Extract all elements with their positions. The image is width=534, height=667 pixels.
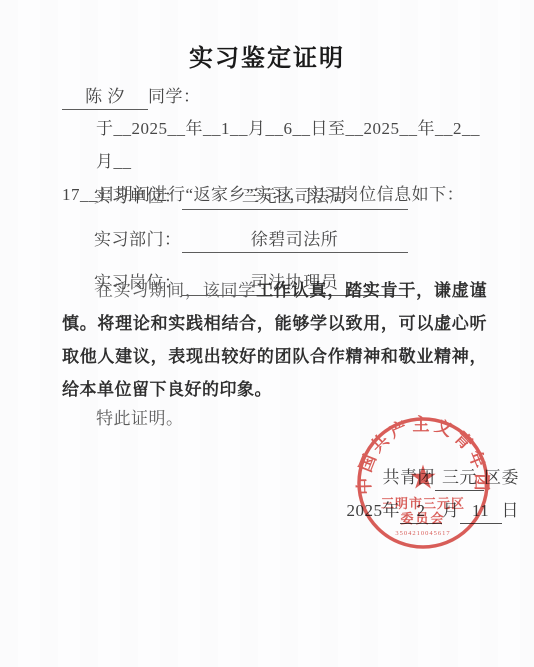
page-title: 实习鉴定证明 — [0, 38, 534, 73]
seal-code-text: 3504210045617 — [395, 530, 450, 537]
org-name-blank: 三元 — [435, 466, 484, 491]
field-department-value: 徐碧司法所 — [182, 228, 408, 253]
evaluation-template-text: 在实习期间，该同学 — [96, 281, 256, 300]
period-line-1: 于__2025__年__1__月__6__日至__2025__年__2__月__ — [96, 112, 486, 178]
date-month-label: 月 — [442, 501, 460, 520]
field-department-label: 实习部门： — [94, 230, 182, 249]
date-year: 2025年 — [347, 501, 401, 520]
org-suffix: 区委 — [484, 468, 519, 487]
field-unit-label: 实习单位： — [94, 187, 182, 206]
certificate-page: 实习鉴定证明 陈 汐同学： 于__2025__年__1__月__6__日至__2… — [0, 0, 534, 667]
student-name-blank: 陈 汐 — [62, 85, 148, 110]
closing-statement: 特此证明。 — [96, 402, 184, 435]
field-unit: 实习单位：三元区司法局 — [94, 180, 408, 213]
evaluation-paragraph: 在实习期间，该同学工作认真，踏实肯干，谦虚谨慎。将理论和实践相结合，能够学以致用… — [62, 274, 487, 406]
field-unit-value: 三元区司法局 — [182, 185, 408, 210]
date-month-blank: 2 — [400, 499, 442, 524]
org-prefix: 共青团 — [383, 468, 436, 487]
signature-block: 共青团三元区委 2025年2月11日 — [347, 461, 520, 527]
date-day-label: 日 — [502, 501, 520, 520]
signature-date-line: 2025年2月11日 — [347, 494, 520, 527]
date-day-blank: 11 — [460, 499, 502, 524]
signature-org-line: 共青团三元区委 — [347, 461, 520, 494]
field-department: 实习部门：徐碧司法所 — [94, 223, 408, 256]
greeting-line: 陈 汐同学： — [62, 80, 201, 113]
greeting-suffix: 同学： — [148, 87, 201, 106]
